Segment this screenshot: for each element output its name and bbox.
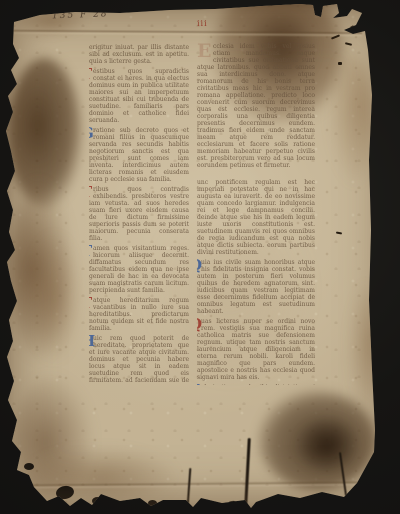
parchment-leaf: 135 F 28 iii erigitur iniuat. par illis …	[0, 0, 400, 514]
fold-crease-top-highlight	[10, 32, 362, 36]
stain-bottom-band	[26, 448, 176, 506]
illuminated-initial-q-blue: Q	[197, 259, 199, 272]
hole-bottom-left-large	[55, 485, 75, 501]
parchment-cut-3	[339, 452, 347, 496]
photograph-background: 135 F 28 iii erigitur iniuat. par illis …	[0, 0, 400, 514]
manuscript-paragraph: Tatque hereditarium regum vacantibus in …	[89, 297, 189, 332]
illuminated-initial-t-red: T	[89, 68, 91, 81]
manuscript-text: atque hereditarium regum vacantibus in n…	[89, 297, 189, 332]
manuscript-paragraph: Ecclesia idem vobis vel ipsius etiam man…	[197, 43, 315, 169]
stain-top-left-edge	[8, 58, 82, 208]
stain-mid-left	[28, 235, 80, 360]
manuscript-text: amen quos visitantium reges. laicorum al…	[89, 245, 189, 294]
hole-bottom-left-small	[92, 497, 103, 505]
manuscript-paragraph: Quia ius civile suam honoribus atque his…	[197, 259, 315, 315]
stain-bottom-right-core	[295, 415, 361, 475]
illuminated-initial-g-blue: G	[89, 127, 91, 140]
text-column-right: Ecclesia idem vobis vel ipsius etiam man…	[197, 43, 315, 385]
illuminated-initial-e-blue: E	[197, 384, 199, 385]
stain-top-right-large	[212, 0, 342, 122]
parchment-cut-2	[244, 438, 250, 506]
stain-bottom-left	[14, 375, 92, 500]
ink-mark-1	[331, 34, 340, 39]
manuscript-text: estibus quos supradictis constat ei here…	[89, 68, 189, 124]
illuminated-initial-t-red: T	[89, 297, 91, 310]
illuminated-initial-t-blue: T	[89, 245, 91, 258]
manuscript-text: uic rem quod poterit de hereditate. prop…	[89, 335, 189, 382]
manuscript-text: uas licteras nuper se ordini novo rem. v…	[197, 318, 315, 381]
fold-crease-bottom-highlight	[18, 483, 370, 488]
ink-mark-4	[350, 25, 354, 29]
manuscript-paragraph: unc pontificem regulam est hec imperiali…	[197, 179, 315, 256]
stain-center-mottle	[150, 200, 310, 380]
manuscript-paragraph: erigitur iniuat. par illis distante sibi…	[89, 44, 189, 65]
manuscript-paragraph: Huic rem quod poterit de hereditate. pro…	[89, 335, 189, 382]
illuminated-initial-e-faded: E	[197, 43, 211, 59]
manuscript-paragraph: Tribus quos contradis exhibendis. presbi…	[89, 186, 189, 242]
manuscript-text: clesiasticas vel sibi districtis rei sub…	[197, 384, 315, 385]
ink-mark-3	[338, 62, 342, 65]
shelfmark-inscription: 135 F 28	[52, 9, 132, 22]
stain-left-edge-lower	[10, 180, 72, 360]
manuscript-paragraph: Eclesiasticas vel sibi districtis rei su…	[197, 384, 315, 385]
fold-crease-bottom	[18, 481, 370, 486]
illuminated-initial-q-red: Q	[197, 318, 199, 331]
manuscript-text: ribus quos contradis exhibendis. presbit…	[89, 186, 189, 242]
quire-numeral: iii	[197, 19, 208, 28]
stain-right-edge-upper	[330, 55, 374, 185]
illuminated-initial-h-blue: H	[89, 335, 91, 348]
hole-left-edge	[24, 463, 34, 470]
hole-bottom-mid-2	[228, 500, 242, 507]
stain-right-edge-lower	[348, 280, 378, 410]
stain-top-right-core	[245, 10, 317, 88]
ink-mark-2	[345, 42, 352, 46]
ink-mark-5	[336, 231, 342, 234]
manuscript-paragraph: Quas licteras nuper se ordini novo rem. …	[197, 318, 315, 381]
manuscript-text: erigitur iniuat. par illis distante sibi…	[89, 44, 189, 65]
manuscript-text: cclesia idem vobis vel ipsius etiam mand…	[197, 43, 315, 169]
text-column-left: erigitur iniuat. par illis distante sibi…	[89, 44, 189, 382]
manuscript-paragraph: Gratione sub decreto quos et romani fili…	[89, 127, 189, 183]
manuscript-text: unc pontificem regulam est hec imperiali…	[197, 179, 315, 256]
illuminated-initial-t-red: T	[89, 186, 91, 199]
fold-crease-top	[10, 30, 362, 34]
stain-bottom-right-large	[258, 390, 376, 490]
manuscript-text: ratione sub decreto quos et romani filiu…	[89, 127, 189, 183]
manuscript-text: uia ius civile suam honoribus atque his …	[197, 259, 315, 315]
hole-bottom-mid-1	[148, 500, 157, 506]
manuscript-paragraph: Tamen quos visitantium reges. laicorum a…	[89, 245, 189, 294]
parchment-cut-1	[187, 468, 192, 506]
manuscript-paragraph: Testibus quos supradictis constat ei her…	[89, 68, 189, 124]
stain-top-left-corner	[16, 6, 86, 36]
